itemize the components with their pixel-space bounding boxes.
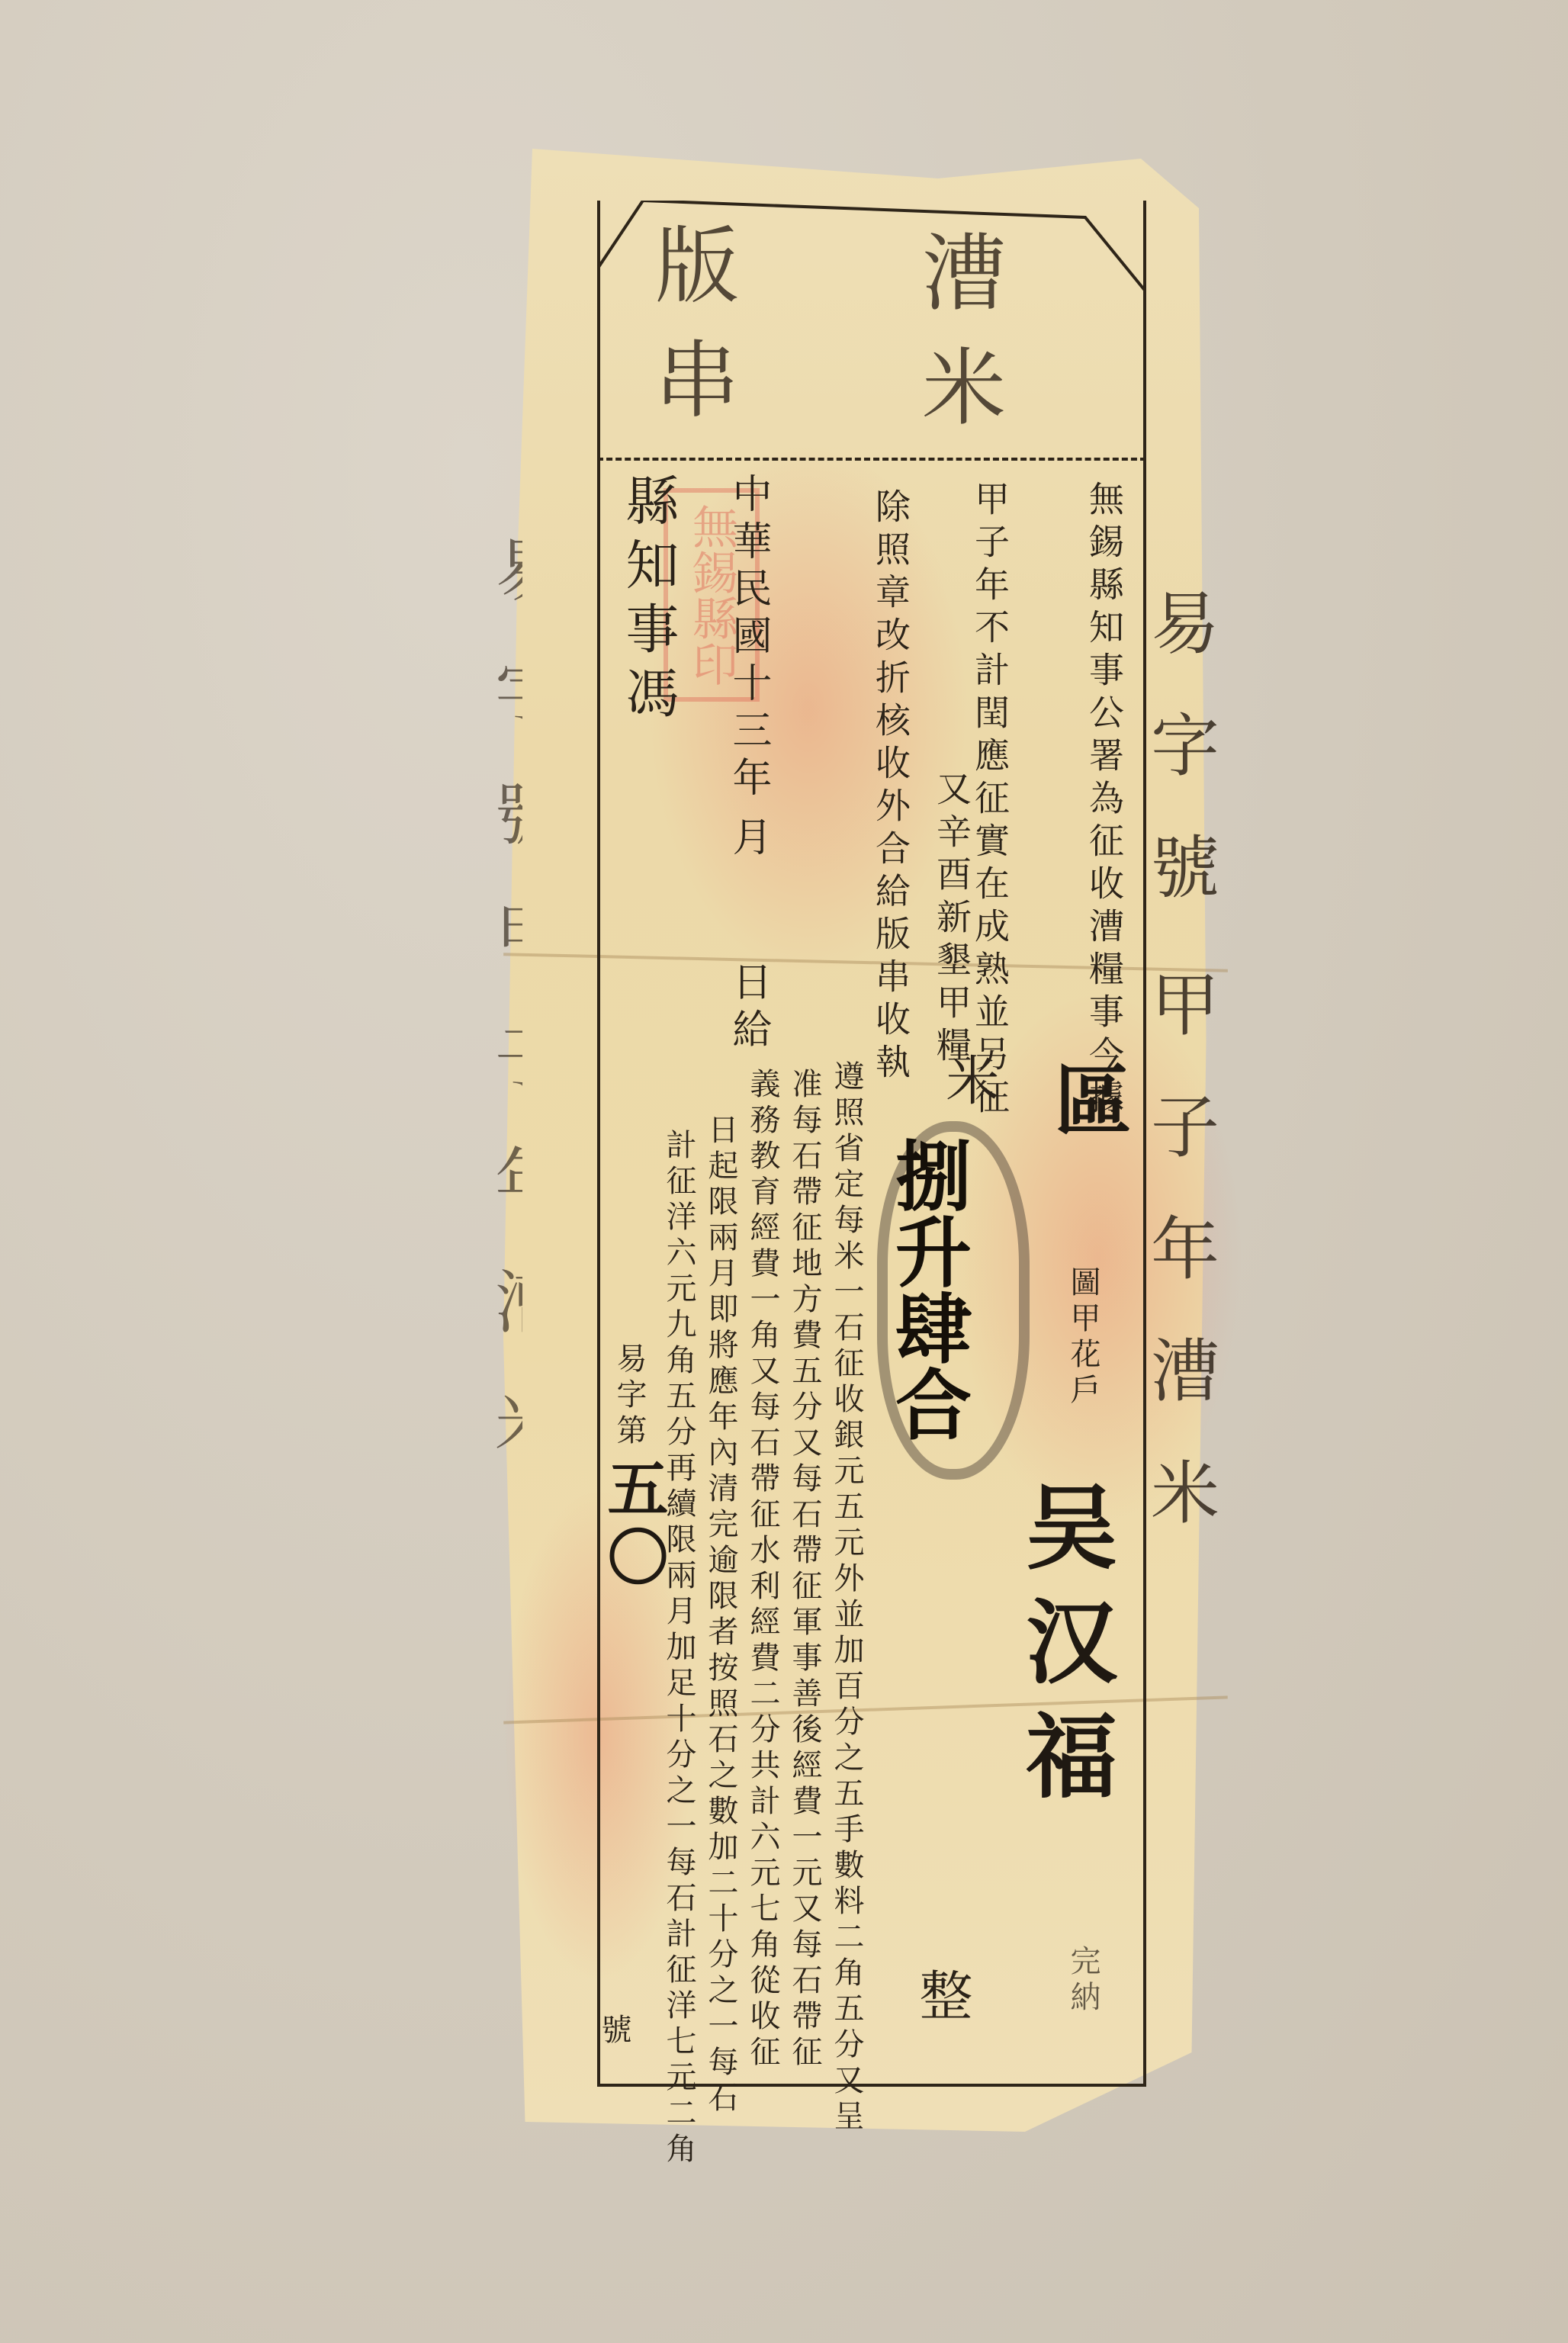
amount-stamp: 捌升肆合 xyxy=(888,1136,965,1441)
header-title-right: 漕米 xyxy=(915,229,999,458)
regulation-line-2: 准每石帶征地方費五分又每石帶征軍事善後經費一元又每石帶征 xyxy=(789,1068,820,2071)
issue-date: 中華民國十三年 xyxy=(728,473,768,804)
region-char: 區 xyxy=(1042,1060,1132,1159)
payer-tu-jia: 圖甲花戶 xyxy=(1068,1266,1098,1409)
day-label: 日給 xyxy=(728,961,768,1056)
tax-year-column: 甲子年不計閏應征實在成熟並另征 xyxy=(972,480,1007,1121)
header-divider xyxy=(597,458,1146,461)
magistrate-signature: 縣知事馮 xyxy=(622,473,675,729)
payer-name: 吴汉福 xyxy=(1018,1480,1110,1823)
serial-suffix: 號 xyxy=(599,2014,629,2049)
new-land-column: 又辛酉新墾甲糧 xyxy=(934,770,969,1069)
regulation-line-3: 義務教育經費一角又每石帶征水利經費二分共計六元七角從收征 xyxy=(747,1068,778,2071)
issuing-office-column: 無錫縣知事公署為征收漕糧事今據 xyxy=(1087,480,1122,1121)
regulation-line-4: 日起限兩月即將應年內清完逾限者按照石之數加二十分之一每石 xyxy=(705,1114,736,2117)
regulation-line-1: 遵照省定每米一石征收銀元五元外並加百分之五手數料二角五分又呈 xyxy=(831,1060,862,2136)
receipt-issue-column: 除照章改折核收外合給版串收執 xyxy=(873,488,908,1086)
regulation-line-5: 計征洋六元九角五分再續限兩月加足十分之一每石計征洋七元二角 xyxy=(664,1129,694,2168)
stub-right-bottom: 甲子年漕米 xyxy=(1144,969,1213,1579)
serial-prefix: 易字第 xyxy=(614,1342,644,1450)
header-title-left: 版串 xyxy=(648,221,732,450)
month-label: 月 xyxy=(728,816,768,863)
serial-number-hand: 五〇 xyxy=(602,1457,664,1594)
stub-right-top: 易字號 xyxy=(1144,587,1213,953)
payer-region-hand: 區 xyxy=(1049,1060,1125,1159)
rice-unit: 米 xyxy=(942,1053,995,1114)
amount-suffix: 整 xyxy=(915,1968,969,2029)
completed-label: 完納 xyxy=(1068,1945,1098,2017)
